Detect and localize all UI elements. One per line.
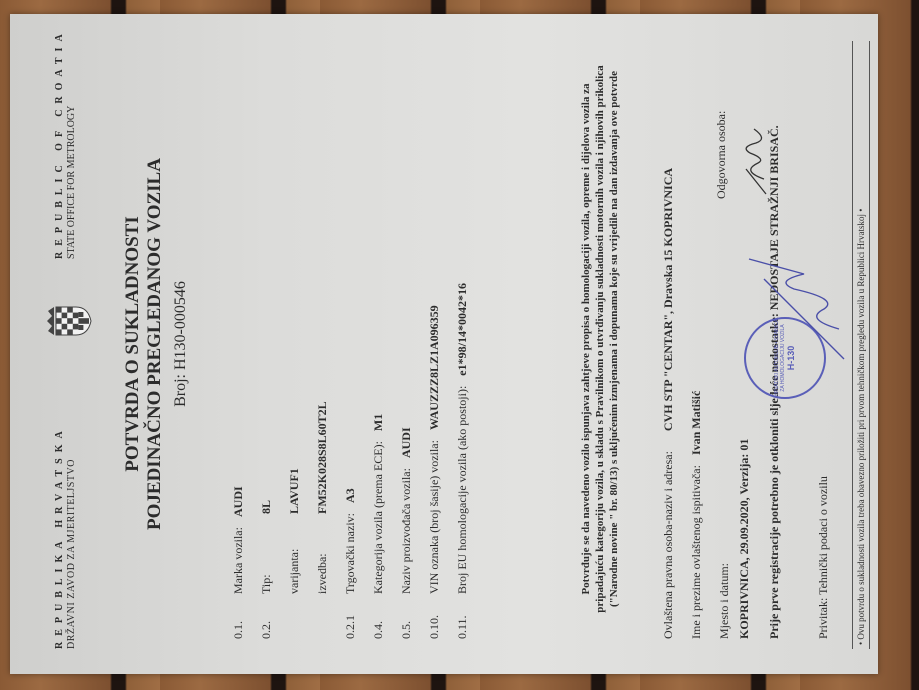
field-row: 0.1.Marka vozila:AUDI: [224, 283, 252, 639]
compliance-statement: Potvrđuje se da navedeno vozilo ispunjav…: [579, 59, 621, 619]
field-num: 0.4.: [371, 594, 386, 639]
field-num: 0.1.: [231, 594, 246, 639]
inspector-signature: [744, 249, 854, 369]
field-label: Tip:: [259, 524, 274, 594]
field-value: A3: [343, 488, 358, 503]
field-row: 0.4.Kategorija vozila (prema ECE):M1: [364, 283, 392, 639]
inspector-value: Ivan Matišić: [689, 391, 704, 455]
field-value: AUDI: [231, 486, 246, 517]
field-row: izvedba:FM52K028S8L60T2L: [308, 283, 336, 639]
field-label: Naziv proizvođača vozila:: [399, 468, 414, 594]
field-label: Kategorija vozila (prema ECE):: [371, 441, 386, 594]
responsible-person-label: Odgovorna osoba:: [714, 111, 729, 199]
field-label: varijanta:: [287, 524, 302, 594]
field-row: 0.10.VIN oznaka (broj šasije) vozila:WAU…: [420, 283, 448, 639]
field-row: 0.2.1Trgovački naziv:A3: [336, 283, 364, 639]
field-value: FM52K028S8L60T2L: [315, 401, 330, 514]
footer-note: • Ovu potvrdu o sukladnosti vozila treba…: [852, 41, 870, 649]
vehicle-fields: 0.1.Marka vozila:AUDI 0.2.Tip:8L varijan…: [224, 283, 476, 639]
document-paper: REPUBLIKA HRVATSKA DRŽAVNI ZAVOD ZA MJER…: [10, 14, 878, 674]
place-date-value: KOPRIVNICA, 29.09.2020, Verzija: 01: [730, 168, 758, 639]
field-num: 0.2.1: [343, 594, 358, 639]
document-number: Broj: H130-000546: [172, 19, 190, 669]
field-label: Broj EU homologacije vozila (ako postoji…: [455, 386, 470, 594]
authority-value: CVH STP "CENTAR", Dravska 15 KOPRIVNICA: [661, 168, 676, 431]
header-left: REPUBLIKA HRVATSKA DRŽAVNI ZAVOD ZA MJER…: [54, 425, 78, 649]
field-value: 8L: [259, 500, 274, 514]
header-left-line1: REPUBLIKA HRVATSKA: [54, 425, 66, 649]
authority-label: Ovlaštena pravna osoba-naziv i adresa:: [661, 451, 676, 639]
field-num: 0.2.: [259, 594, 274, 639]
field-value: LAVUF1: [287, 468, 302, 514]
field-row: 0.2.Tip:8L: [252, 283, 280, 639]
authority-row: Ovlaštena pravna osoba-naziv i adresa:CV…: [654, 168, 682, 639]
field-value: WAUZZZ8LZ1A096359: [427, 305, 442, 430]
header-right-line1: REPUBLIC OF CROATIA: [54, 28, 66, 259]
header-right-line2: STATE OFFICE FOR METROLOGY: [66, 28, 78, 259]
title-line2: POJEDINAČNO PREGLEDANOG VOZILA: [144, 19, 166, 669]
field-row: 0.5.Naziv proizvođača vozila:AUDI: [392, 283, 420, 639]
document-title: POTVRDA O SUKLADNOSTI POJEDINAČNO PREGLE…: [122, 19, 166, 669]
field-num: 0.10.: [427, 594, 442, 639]
field-value: M1: [371, 414, 386, 431]
field-label: VIN oznaka (broj šasije) vozila:: [427, 440, 442, 594]
issuer-details: Ovlaštena pravna osoba-naziv i adresa:CV…: [654, 168, 758, 639]
inspector-label: Ime i prezime ovlaštenog ispitivača:: [689, 465, 704, 639]
field-value: e1*98/14*0042*16: [455, 283, 470, 376]
field-label: Trgovački naziv:: [343, 513, 358, 594]
field-num: 0.11.: [455, 594, 470, 639]
inspector-row: Ime i prezime ovlaštenog ispitivača:Ivan…: [682, 168, 710, 639]
field-row: varijanta:LAVUF1: [280, 283, 308, 639]
coat-of-arms-icon: [46, 303, 92, 339]
field-row: 0.11.Broj EU homologacije vozila (ako po…: [448, 283, 476, 639]
field-label: izvedba:: [315, 524, 330, 594]
field-num: 0.5.: [399, 594, 414, 639]
header-right: REPUBLIC OF CROATIA STATE OFFICE FOR MET…: [54, 28, 78, 259]
field-label: Marka vozila:: [231, 527, 246, 594]
title-line1: POTVRDA O SUKLADNOSTI: [122, 19, 144, 669]
certificate-page: REPUBLIKA HRVATSKA DRŽAVNI ZAVOD ZA MJER…: [24, 19, 884, 669]
header-left-line2: DRŽAVNI ZAVOD ZA MJERITELJSTVO: [66, 425, 78, 649]
attachment-note: Privitak: Tehnički podaci o vozilu: [816, 476, 831, 639]
field-value: AUDI: [399, 427, 414, 458]
